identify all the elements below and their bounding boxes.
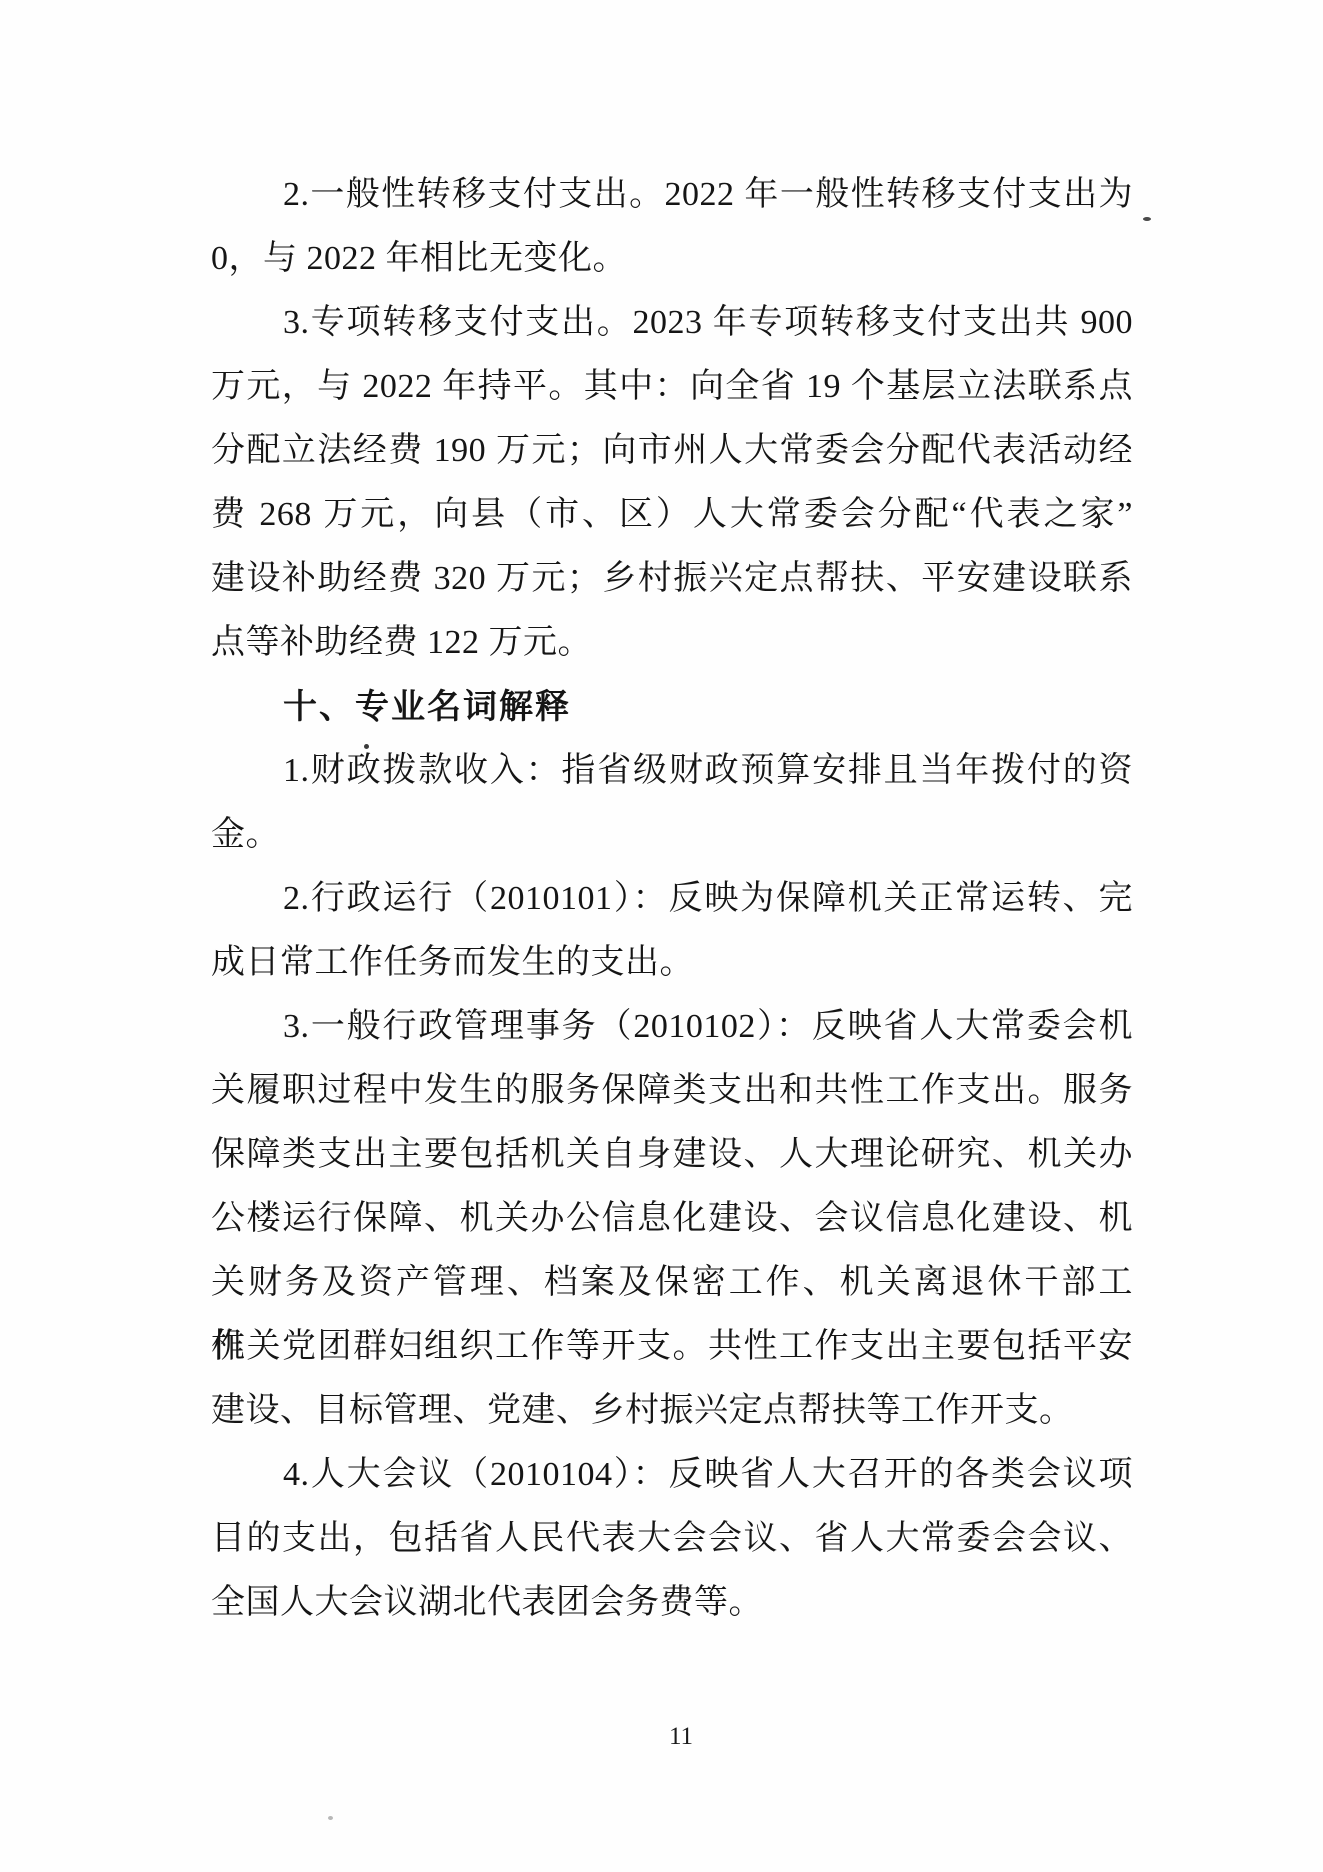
- scan-artifact-dot: [1143, 217, 1151, 221]
- scan-artifact-dot: [328, 1816, 333, 1820]
- paragraph-line: 建设补助经费 320 万元；乡村振兴定点帮扶、平安建设联系: [211, 547, 1133, 611]
- paragraph-line: 0，与 2022 年相比无变化。: [211, 227, 1133, 291]
- document-body: 2.一般性转移支付支出。2022 年一般性转移支付支出为 0，与 2022 年相…: [211, 163, 1133, 1635]
- paragraph-line: 3.一般行政管理事务（2010102）：反映省人大常委会机: [211, 995, 1133, 1059]
- paragraph-line: 金。: [211, 803, 1133, 867]
- page-number: 11: [611, 1722, 751, 1752]
- paragraph-line: 成日常工作任务而发生的支出。: [211, 931, 1133, 995]
- paragraph-line: 万元，与 2022 年持平。其中：向全省 19 个基层立法联系点: [211, 355, 1133, 419]
- paragraph-line: 2.行政运行（2010101）：反映为保障机关正常运转、完: [211, 867, 1133, 931]
- paragraph-line: 关履职过程中发生的服务保障类支出和共性工作支出。服务: [211, 1059, 1133, 1123]
- paragraph-line: 全国人大会议湖北代表团会务费等。: [211, 1571, 1133, 1635]
- paragraph-line: 建设、目标管理、党建、乡村振兴定点帮扶等工作开支。: [211, 1379, 1133, 1443]
- paragraph-line: 机关党团群妇组织工作等开支。共性工作支出主要包括平安: [211, 1315, 1133, 1379]
- paragraph-line: 3.专项转移支付支出。2023 年专项转移支付支出共 900: [211, 291, 1133, 355]
- paragraph-line: 2.一般性转移支付支出。2022 年一般性转移支付支出为: [211, 163, 1133, 227]
- document-page: 2.一般性转移支付支出。2022 年一般性转移支付支出为 0，与 2022 年相…: [0, 0, 1323, 1872]
- paragraph-line: 关财务及资产管理、档案及保密工作、机关离退休干部工作、: [211, 1251, 1133, 1315]
- paragraph-line: 4.人大会议（2010104）：反映省人大召开的各类会议项: [211, 1443, 1133, 1507]
- paragraph-line: 目的支出，包括省人民代表大会会议、省人大常委会会议、: [211, 1507, 1133, 1571]
- paragraph-line: 1.财政拨款收入：指省级财政预算安排且当年拨付的资: [211, 739, 1133, 803]
- paragraph-line: 公楼运行保障、机关办公信息化建设、会议信息化建设、机: [211, 1187, 1133, 1251]
- paragraph-line: 分配立法经费 190 万元；向市州人大常委会分配代表活动经: [211, 419, 1133, 483]
- paragraph-line: 费 268 万元，向县（市、区）人大常委会分配“代表之家”: [211, 483, 1133, 547]
- paragraph-line: 点等补助经费 122 万元。: [211, 611, 1133, 675]
- section-heading: 十、专业名词解释: [211, 675, 1133, 739]
- scan-artifact-dot: [364, 744, 369, 749]
- paragraph-line: 保障类支出主要包括机关自身建设、人大理论研究、机关办: [211, 1123, 1133, 1187]
